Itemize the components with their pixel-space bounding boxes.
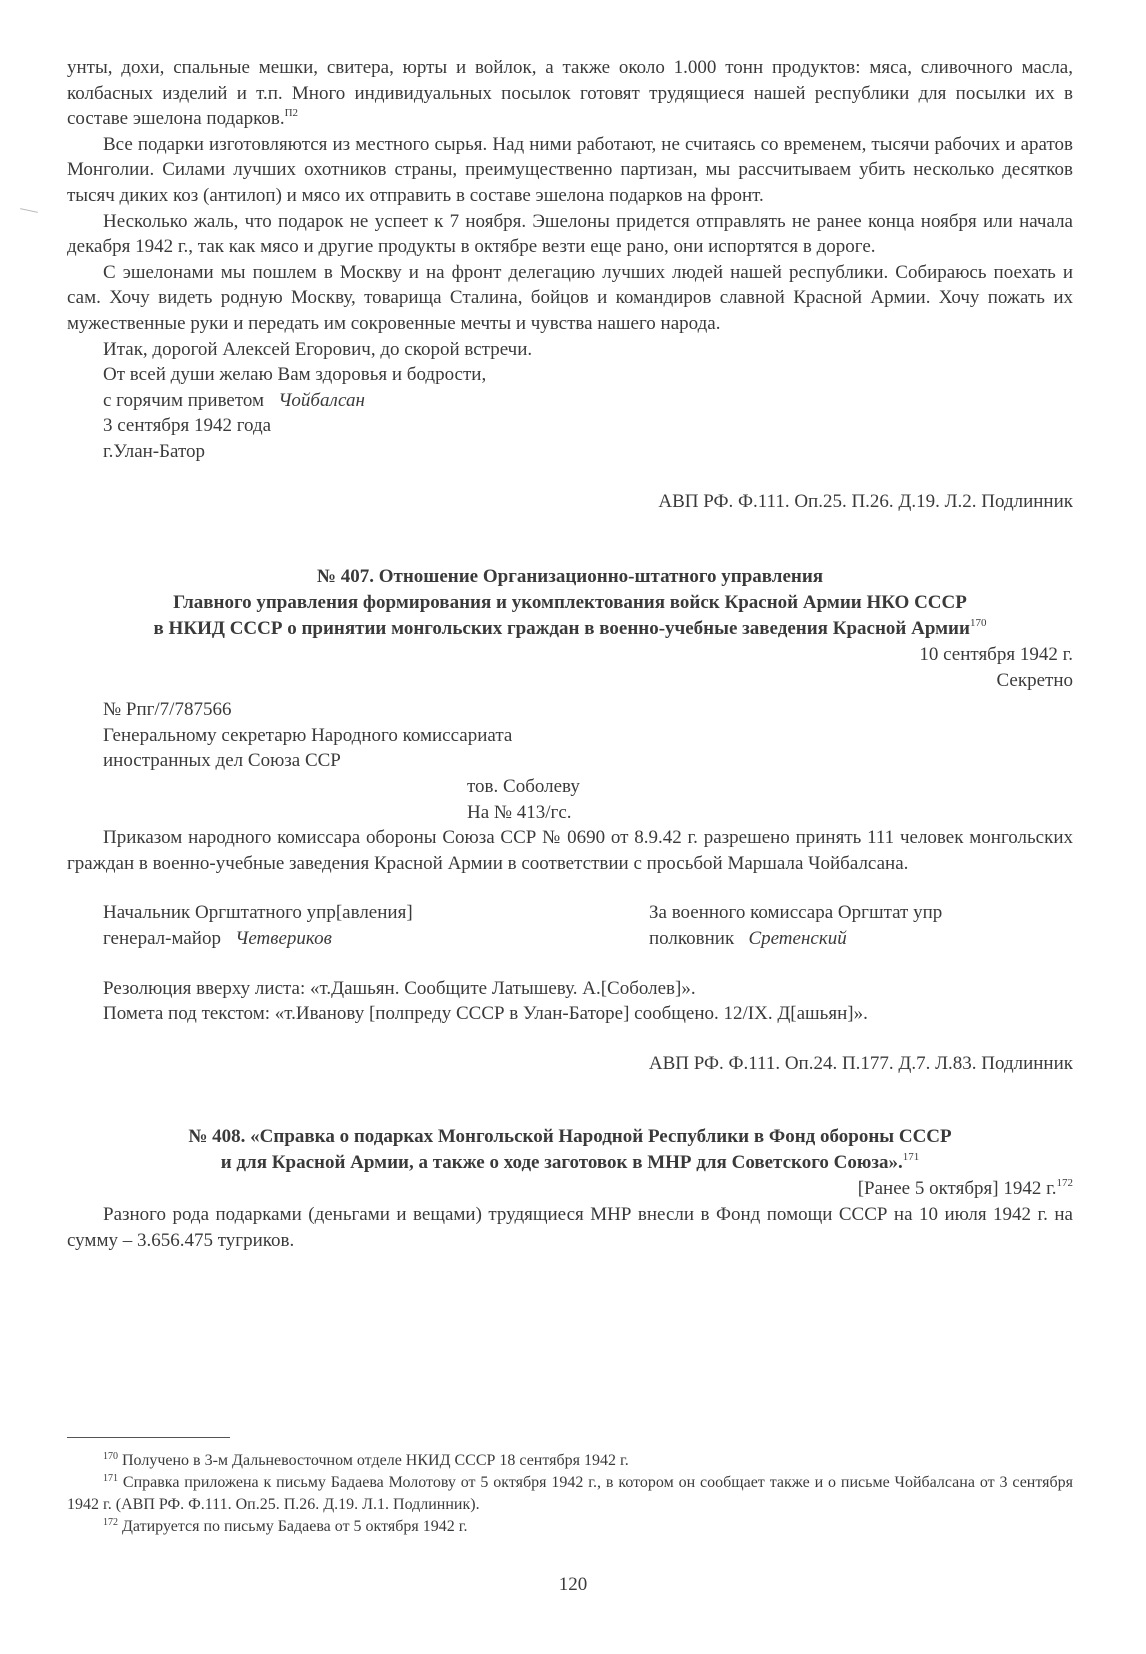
document-title: № 408. «Справка о подарках Монгольской Н…	[67, 1124, 1073, 1176]
signatory: Начальник Оргштатного упр[авления] генер…	[103, 900, 649, 951]
letter-closing: Итак, дорогой Алексей Егорович, до скоро…	[67, 337, 1073, 465]
document-408: № 408. «Справка о подарках Монгольской Н…	[67, 1124, 1073, 1253]
addressee-name: тов. Соболеву	[467, 774, 1073, 800]
paragraph: Все подарки изготовляются из местного сы…	[67, 132, 1073, 209]
footnote-marker: 172	[1057, 1177, 1074, 1189]
document-number: № Рпг/7/787566	[103, 697, 1073, 723]
footnote-marker: П2	[285, 107, 298, 119]
paragraph: С эшелонами мы пошлем в Москву и на фрон…	[67, 260, 1073, 337]
footnote: 171 Справка приложена к письму Бадаева М…	[67, 1472, 1073, 1516]
annotations: Резолюция вверху листа: «т.Дашьян. Сообщ…	[67, 976, 1073, 1027]
letter-date: 3 сентября 1942 года	[103, 413, 1073, 439]
closing-line: Итак, дорогой Алексей Егорович, до скоро…	[103, 337, 1073, 363]
addressee-block: № Рпг/7/787566 Генеральному секретарю На…	[67, 697, 1073, 774]
archive-reference: АВП РФ. Ф.111. Оп.24. П.177. Д.7. Л.83. …	[67, 1051, 1073, 1077]
reply-reference: На № 413/гс.	[467, 800, 1073, 826]
letter-continuation: унты, дохи, спальные мешки, свитера, юрт…	[67, 55, 1073, 514]
signatures: Начальник Оргштатного упр[авления] генер…	[67, 900, 1073, 951]
footnote-marker: 170	[970, 617, 987, 629]
footnote-marker: 171	[903, 1151, 920, 1163]
footnotes: 170 Получено в 3-м Дальневосточном отдел…	[67, 1437, 1073, 1538]
footnote-divider	[67, 1437, 230, 1438]
document-page: унты, дохи, спальные мешки, свитера, юрт…	[67, 55, 1073, 1253]
signatory: За военного комиссара Оргштат упр полков…	[649, 900, 1069, 951]
marginal-note: Помета под текстом: «т.Иванову [полпреду…	[103, 1001, 1073, 1027]
signature: Сретенский	[748, 928, 846, 949]
letter-place: г.Улан-Батор	[103, 439, 1073, 465]
paragraph: унты, дохи, спальные мешки, свитера, юрт…	[67, 55, 1073, 132]
resolution-note: Резолюция вверху листа: «т.Дашьян. Сообщ…	[103, 976, 1073, 1002]
scan-artifact-mark	[20, 208, 38, 213]
paragraph: Несколько жаль, что подарок не успеет к …	[67, 209, 1073, 260]
paragraph: Приказом народного комиссара обороны Сою…	[67, 825, 1073, 876]
closing-line: От всей души желаю Вам здоровья и бодрос…	[103, 362, 1073, 388]
footnote: 172 Датируется по письму Бадаева от 5 ок…	[67, 1516, 1073, 1538]
greeting-line: с горячим приветом Чойбалсан	[103, 388, 1073, 414]
page-number: 120	[0, 1574, 1146, 1596]
classification-label: Секретно	[67, 668, 1073, 694]
signature: Чойбалсан	[278, 390, 365, 411]
addressee-name-block: тов. Соболеву На № 413/гс.	[67, 774, 1073, 825]
footnote: 170 Получено в 3-м Дальневосточном отдел…	[67, 1450, 1073, 1472]
document-date: [Ранее 5 октября] 1942 г.172	[67, 1176, 1073, 1202]
archive-reference: АВП РФ. Ф.111. Оп.25. П.26. Д.19. Л.2. П…	[67, 489, 1073, 515]
signature: Четвериков	[235, 928, 332, 949]
document-date: 10 сентября 1942 г.	[67, 642, 1073, 668]
document-title: № 407. Отношение Организационно-штатного…	[67, 564, 1073, 642]
document-407: № 407. Отношение Организационно-штатного…	[67, 564, 1073, 1076]
paragraph: Разного рода подарками (деньгами и вещам…	[67, 1202, 1073, 1253]
